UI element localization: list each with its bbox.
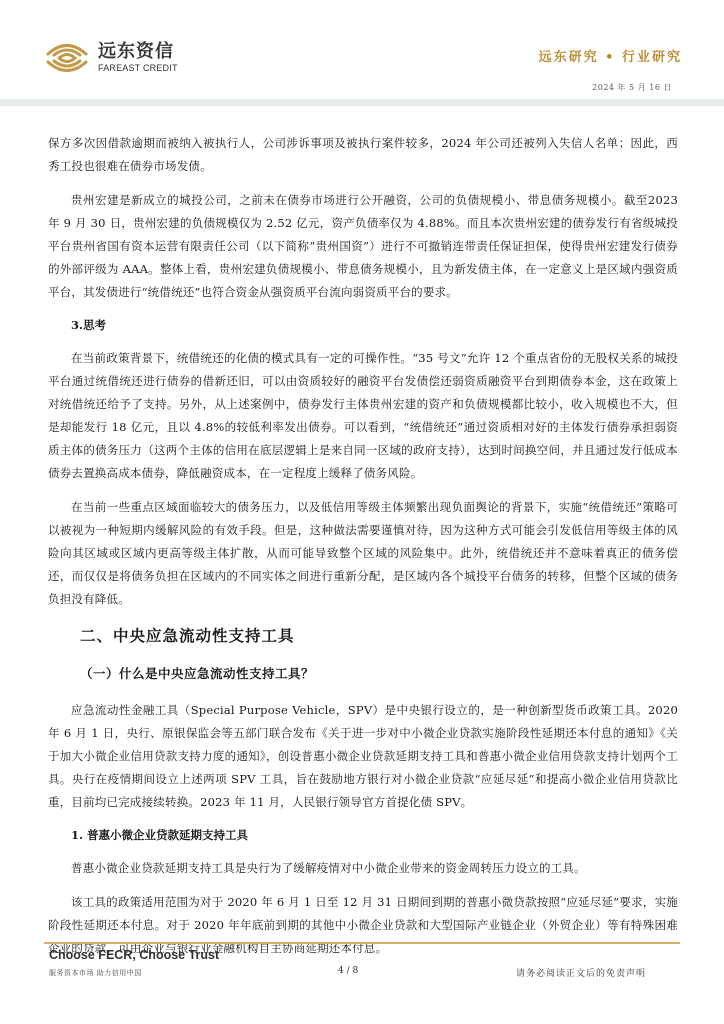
subheading-thinking: 3.思考 [71, 315, 678, 335]
paragraph: 在当前一些重点区域面临较大的债务压力，以及低信用等级主体频繁出现负面舆论的背景下… [48, 496, 678, 611]
document-body: 保方多次因借款逾期而被纳入被执行人，公司涉诉事项及被执行案件较多，2024 年公… [48, 132, 678, 971]
report-series: 远东研究 • 行业研究 [539, 46, 682, 65]
subheading-tool1: 1. 普惠小微企业贷款延期支持工具 [71, 825, 678, 845]
paragraph: 应急流动性金融工具（Special Purpose Vehicle，SPV）是中… [48, 699, 678, 814]
subsection-heading: （一）什么是中央应急流动性支持工具？ [80, 663, 678, 685]
page-number: 4 / 8 [338, 966, 358, 976]
paragraph: 保方多次因借款逾期而被纳入被执行人，公司涉诉事项及被执行案件较多，2024 年公… [48, 132, 678, 178]
paragraph: 在当前政策背景下，统借统还的化债的模式具有一定的可操作性。“35 号文”允许 1… [48, 347, 678, 485]
footer-divider [44, 942, 680, 944]
logo-cn-text: 远东资信 [98, 42, 178, 62]
fareast-logo-icon [44, 41, 90, 75]
logo-en-text: FAREAST CREDIT [98, 62, 178, 74]
footer-slogan: Choose FECR, Choose Trust [49, 948, 219, 962]
section-heading: 二、中央应急流动性支持工具 [80, 623, 678, 649]
report-date: 2024 年 5 月 16 日 [592, 82, 672, 93]
header-divider-band [0, 99, 724, 106]
disclaimer-note: 请务必阅读正文后的免责声明 [516, 966, 646, 979]
page-header: 远东资信 FAREAST CREDIT 远东研究 • 行业研究 2024 年 5… [0, 0, 724, 100]
paragraph: 普惠小微企业贷款延期支持工具是央行为了缓解疫情对中小微企业带来的资金周转压力设立… [48, 857, 678, 880]
company-logo: 远东资信 FAREAST CREDIT [44, 41, 178, 75]
footer-subslogan: 服务资本市场 助力信用中国 [49, 968, 142, 978]
paragraph: 贵州宏建是新成立的城投公司，之前未在债券市场进行公开融资，公司的负债规模小、带息… [48, 189, 678, 304]
